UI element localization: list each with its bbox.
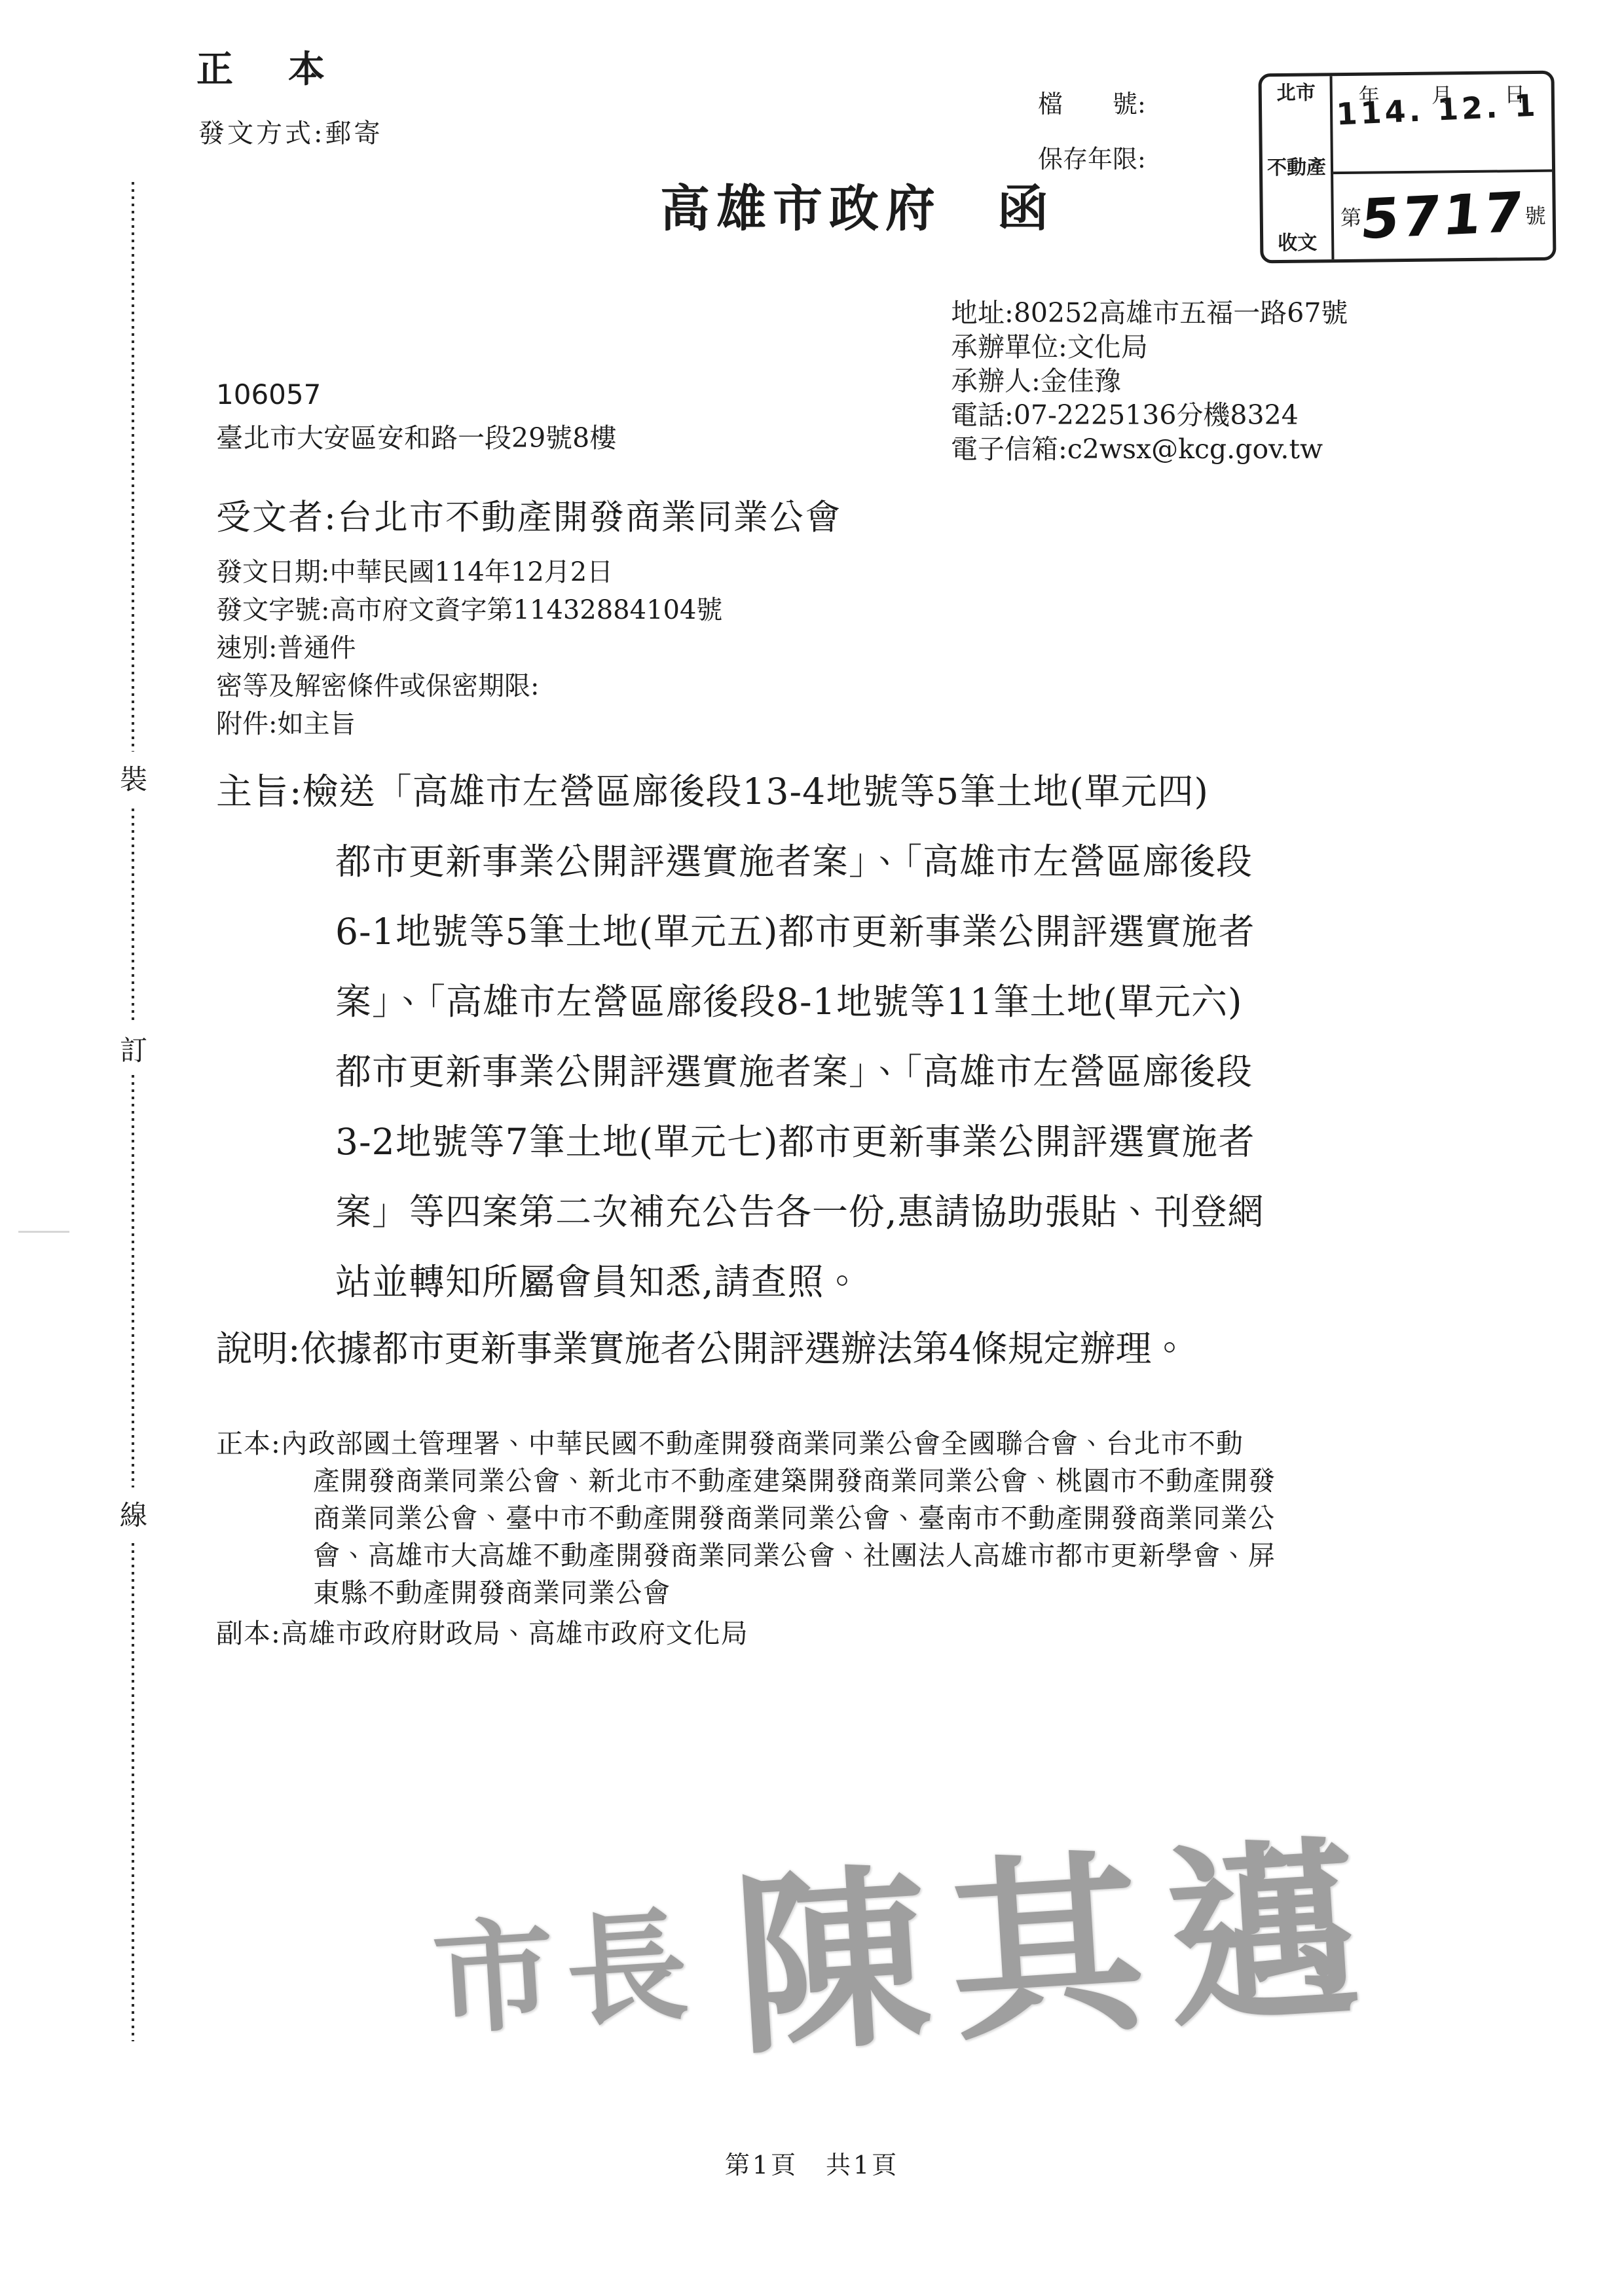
subject-line: 案」等四案第二次補充公告各一份,惠請協助張貼、刊登網	[335, 1183, 1264, 1235]
sender-phone: 電話:07-2225136分機8324	[951, 398, 1348, 432]
sender-contact-person: 承辦人:金佳豫	[951, 364, 1348, 398]
stamp-org-line3: 收文	[1278, 232, 1317, 253]
copy-type-label: 正 本	[196, 41, 334, 93]
original-recipients-line: 東縣不動產開發商業同業公會	[313, 1571, 671, 1610]
recipient-line: 受文者:台北市不動產開發商業同業公會	[216, 490, 841, 539]
signature-name: 陳其邁	[726, 1774, 1388, 2090]
sender-email: 電子信箱:c2wsx@kcg.gov.tw	[951, 432, 1348, 466]
binding-label-xian: 線	[115, 1487, 152, 1540]
sender-address: 地址:80252高雄市五福一路67號	[951, 296, 1348, 330]
sender-unit: 承辦單位:文化局	[951, 330, 1348, 364]
delivery-method: 發文方式:郵寄	[198, 113, 382, 150]
attachment-note: 附件:如主旨	[216, 705, 722, 743]
stamp-right-area: 年 月 日 114. 12. 1 第 5717 號	[1333, 74, 1553, 259]
stamp-number-row: 第 5717 號	[1333, 172, 1553, 259]
original-recipients-line: 會、高雄市大高雄不動產開發商業同業公會、社團法人高雄市都市更新學會、屏	[313, 1534, 1276, 1573]
description-line: 說明:依據都市更新事業實施者公開評選辦法第4條規定辦理。	[216, 1320, 1188, 1372]
stamp-number-handwritten: 5717	[1358, 180, 1528, 251]
original-recipients-line: 產開發商業同業公會、新北市不動產建築開發商業同業公會、桃園市不動產開發	[313, 1459, 1276, 1498]
stamp-number-prefix: 第	[1334, 202, 1361, 232]
sender-contact-block: 地址:80252高雄市五福一路67號 承辦單位:文化局 承辦人:金佳豫 電話:0…	[951, 296, 1348, 466]
page-number-footer: 第1頁 共1頁	[0, 2145, 1624, 2181]
subject-line: 6-1地號等5筆土地(單元五)都市更新事業公開評選實施者	[335, 903, 1255, 955]
document-page: 裝 訂 線 正 本 發文方式:郵寄 檔 號: 保存年限: 北市 不動產 收文 年…	[0, 0, 1624, 2296]
subject-line: 案」、「高雄市左營區廍後段8-1地號等11筆土地(單元六)	[335, 973, 1242, 1025]
meta-block: 發文日期:中華民國114年12月2日 發文字號:高市府文資字第114328841…	[216, 553, 722, 743]
binding-label-zhuang: 裝	[115, 752, 152, 804]
issue-date: 發文日期:中華民國114年12月2日	[216, 553, 722, 591]
issue-number: 發文字號:高市府文資字第11432884104號	[216, 591, 722, 629]
mayor-signature: 市長 陳其邁	[424, 1758, 1410, 2124]
subject-line: 站並轉知所屬會員知悉,請查照。	[335, 1253, 860, 1305]
original-recipients-line: 商業同業公會、臺中市不動產開發商業同業公會、臺南市不動產開發商業同業公	[313, 1497, 1276, 1535]
binding-dotted-line	[132, 182, 134, 2041]
receipt-stamp: 北市 不動產 收文 年 月 日 114. 12. 1 第 5717 號	[1258, 71, 1556, 264]
file-number-label: 檔 號:	[1038, 84, 1146, 120]
stamp-org-line2: 不動產	[1267, 158, 1326, 179]
stamp-date-row: 年 月 日 114. 12. 1	[1333, 74, 1552, 174]
document-title: 高雄市政府 函	[660, 169, 1054, 240]
stamp-number-suffix: 號	[1525, 200, 1553, 230]
stamp-date-handwritten: 114. 12. 1	[1323, 87, 1552, 133]
signature-title: 市長	[428, 1868, 703, 2058]
original-recipients-line: 正本:內政部國土管理署、中華民國不動產開發商業同業公會全國聯合會、台北市不動	[216, 1422, 1244, 1461]
binding-label-ding: 訂	[115, 1023, 152, 1075]
stamp-org-line1: 北市	[1276, 82, 1316, 103]
copy-recipients-line: 副本:高雄市政府財政局、高雄市政府文化局	[216, 1612, 748, 1650]
subject-line: 3-2地號等7筆土地(單元七)都市更新事業公開評選實施者	[335, 1113, 1255, 1165]
recipient-address: 臺北市大安區安和路一段29號8樓	[216, 416, 616, 455]
subject-line: 都市更新事業公開評選實施者案」、「高雄市左營區廍後段	[335, 1043, 1253, 1095]
scan-stray-mark	[18, 1231, 69, 1233]
speed-class: 速別:普通件	[216, 629, 722, 667]
subject-line: 都市更新事業公開評選實施者案」、「高雄市左營區廍後段	[335, 833, 1253, 884]
recipient-postal-code: 106057	[216, 378, 321, 410]
subject-line: 主旨:檢送「高雄市左營區廍後段13-4地號等5筆土地(單元四)	[216, 763, 1209, 814]
security-class: 密等及解密條件或保密期限:	[216, 667, 722, 705]
